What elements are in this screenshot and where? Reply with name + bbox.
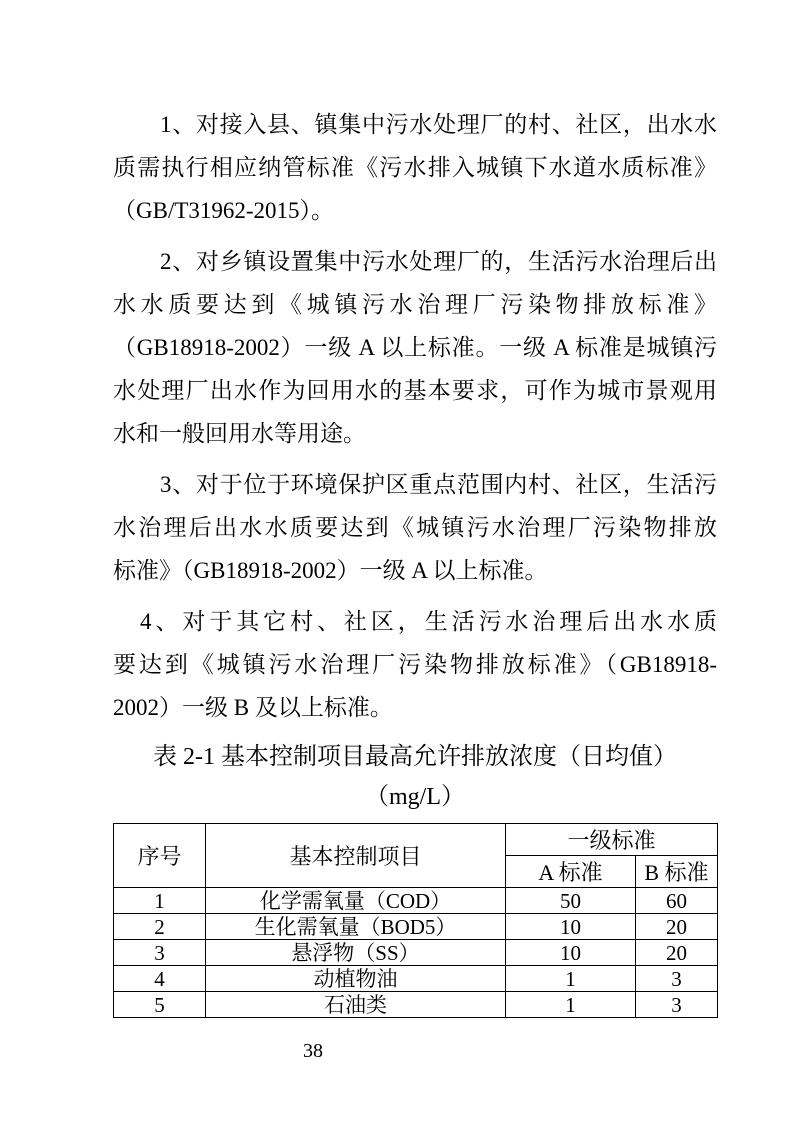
cell-a-value: 1 (506, 966, 636, 992)
col-header-a-standard: A 标准 (506, 856, 636, 888)
table-row: 5 石油类 1 3 (114, 992, 718, 1018)
cell-a-value: 10 (506, 940, 636, 966)
col-header-index: 序号 (114, 824, 206, 888)
cell-a-value: 10 (506, 914, 636, 940)
text-line: 标准》（GB18918-2002）一级 A 以上标准。 (113, 549, 717, 592)
cell-item: 生化需氧量（BOD5） (206, 914, 506, 940)
text-line: 水水质要达到《城镇污水治理厂污染物排放标准》 (113, 283, 717, 326)
text-line: 2002）一级 B 及以上标准。 (113, 686, 717, 729)
table-row: 3 悬浮物（SS） 10 20 (114, 940, 718, 966)
text-line: 1、对接入县、镇集中污水处理厂的村、社区，出水水 (113, 103, 717, 146)
table-title: 表 2-1 基本控制项目最高允许排放浓度（日均值） (113, 737, 717, 777)
cell-item: 动植物油 (206, 966, 506, 992)
text-line: 水治理后出水水质要达到《城镇污水治理厂污染物排放 (113, 506, 717, 549)
cell-b-value: 20 (636, 914, 718, 940)
cell-index: 1 (114, 888, 206, 914)
text-line: 水处理厂出水作为回用水的基本要求，可作为城市景观用 (113, 369, 717, 412)
emission-standards-table: 序号 基本控制项目 一级标准 A 标准 B 标准 1 化学需氧量（COD） 50… (113, 823, 718, 1018)
text-line: 4、对于其它村、社区，生活污水治理后出水水质 (113, 600, 717, 643)
col-header-item: 基本控制项目 (206, 824, 506, 888)
cell-index: 4 (114, 966, 206, 992)
text-line: 要达到《城镇污水治理厂污染物排放标准》（GB18918- (113, 643, 717, 686)
cell-b-value: 20 (636, 940, 718, 966)
table-unit-label: （mg/L） (113, 777, 717, 817)
cell-index: 5 (114, 992, 206, 1018)
text-line: 质需执行相应纳管标准《污水排入城镇下水道水质标准》 (113, 146, 717, 189)
cell-index: 2 (114, 914, 206, 940)
col-header-level-group: 一级标准 (506, 824, 718, 856)
cell-item: 悬浮物（SS） (206, 940, 506, 966)
paragraph-2: 2、对乡镇设置集中污水处理厂的，生活污水治理后出水水质要达到《城镇污水治理厂污染… (113, 240, 717, 455)
table-row: 2 生化需氧量（BOD5） 10 20 (114, 914, 718, 940)
cell-a-value: 1 (506, 992, 636, 1018)
paragraph-4: 4、对于其它村、社区，生活污水治理后出水水质要达到《城镇污水治理厂污染物排放标准… (113, 600, 717, 729)
cell-item: 化学需氧量（COD） (206, 888, 506, 914)
table-row: 4 动植物油 1 3 (114, 966, 718, 992)
cell-item: 石油类 (206, 992, 506, 1018)
text-line: （GB18918-2002）一级 A 以上标准。一级 A 标准是城镇污 (113, 326, 717, 369)
cell-b-value: 3 (636, 992, 718, 1018)
text-line: 3、对于位于环境保护区重点范围内村、社区，生活污 (113, 463, 717, 506)
document-body: 1、对接入县、镇集中污水处理厂的村、社区，出水水质需执行相应纳管标准《污水排入城… (113, 103, 717, 1018)
text-line: 水和一般回用水等用途。 (113, 412, 717, 455)
cell-b-value: 3 (636, 966, 718, 992)
text-line: 2、对乡镇设置集中污水处理厂的，生活污水治理后出 (113, 240, 717, 283)
paragraph-3: 3、对于位于环境保护区重点范围内村、社区，生活污水治理后出水水质要达到《城镇污水… (113, 463, 717, 592)
cell-a-value: 50 (506, 888, 636, 914)
cell-b-value: 60 (636, 888, 718, 914)
document-page: 1、对接入县、镇集中污水处理厂的村、社区，出水水质需执行相应纳管标准《污水排入城… (0, 0, 793, 1122)
text-line: （GB/T31962-2015）。 (113, 189, 717, 232)
table-row: 1 化学需氧量（COD） 50 60 (114, 888, 718, 914)
cell-index: 3 (114, 940, 206, 966)
col-header-b-standard: B 标准 (636, 856, 718, 888)
paragraph-1: 1、对接入县、镇集中污水处理厂的村、社区，出水水质需执行相应纳管标准《污水排入城… (113, 103, 717, 232)
page-number: 38 (303, 1040, 323, 1062)
